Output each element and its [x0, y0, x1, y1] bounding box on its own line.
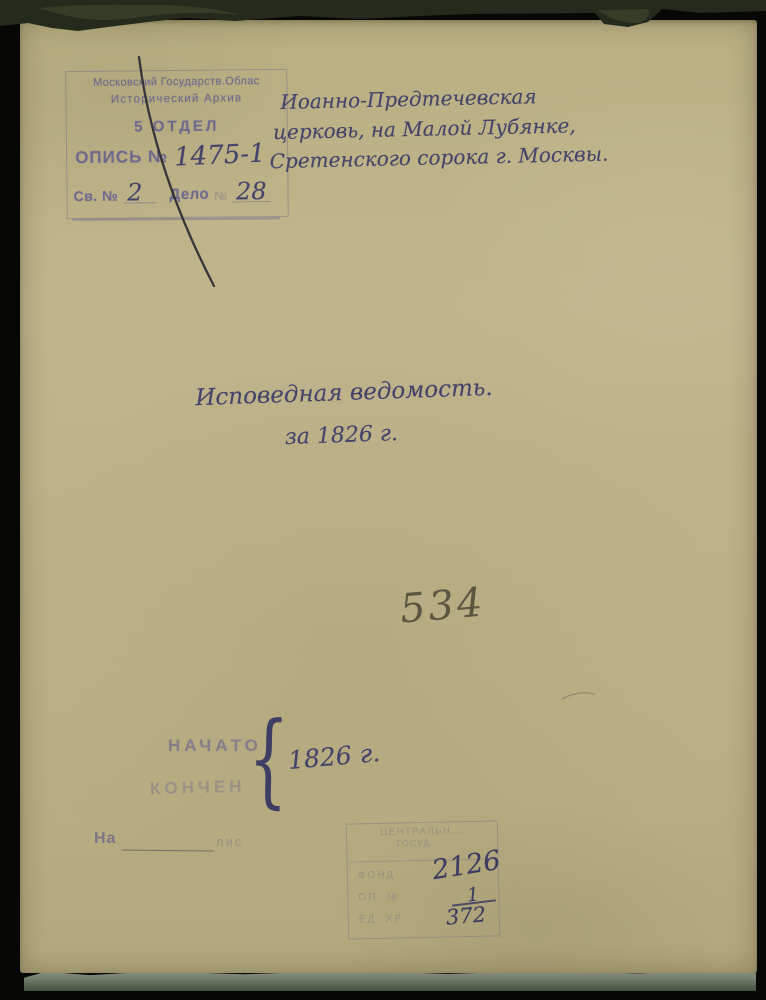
- sv-value: 2: [123, 183, 156, 203]
- delo-number-sign: №: [214, 188, 227, 202]
- sheets-suffix-stamp: лис: [216, 834, 243, 849]
- archive-stamp: Московский Государств.Облас Исторический…: [65, 69, 289, 219]
- delo-label: Дело: [169, 186, 209, 203]
- op-label: ОП. №: [358, 891, 399, 903]
- stamp-underline: [72, 217, 280, 220]
- sheets-blank-line: [122, 850, 214, 852]
- sv-label: Св. №: [73, 188, 118, 204]
- document-cover: Московский Государств.Облас Исторический…: [20, 20, 757, 973]
- fond-label: ФОНД: [358, 870, 396, 882]
- opis-value: 1475-1: [174, 142, 266, 168]
- archive-stamp-org-line1: Московский Государств.Облас: [66, 75, 286, 89]
- brace-mark: {: [247, 707, 289, 813]
- year-handwritten: 1826 г.: [287, 738, 381, 775]
- ed-label: ЕД. ХР.: [359, 913, 406, 925]
- scanned-document-photo: Московский Государств.Облас Исторический…: [0, 0, 766, 1000]
- archive-stamp-sv-delo-row: Св. № 2 Дело № 28: [73, 182, 270, 204]
- archive-stamp-opis-row: ОПИСЬ № 1475-1: [75, 144, 266, 168]
- archive-stamp-org-line2: Исторический Архив: [66, 92, 286, 106]
- archive-stamp-department: 5 ОТДЕЛ: [67, 117, 287, 136]
- document-title: Исповедная ведомость. за 1826 г.: [195, 375, 495, 453]
- delo-value: 28: [232, 182, 271, 202]
- finished-stamp: КОНЧЕН: [150, 777, 246, 799]
- title-line-2: за 1826 г.: [284, 418, 494, 450]
- pencil-number: 534: [398, 579, 487, 632]
- sheets-prefix-stamp: На: [94, 830, 116, 848]
- title-line-1: Исповедная ведомость.: [195, 375, 493, 411]
- opis-label: ОПИСЬ №: [75, 147, 168, 168]
- church-inscription: Иоанно-Предтечевская церковь, на Малой Л…: [280, 80, 632, 176]
- ed-value-handwritten: 372: [445, 902, 487, 929]
